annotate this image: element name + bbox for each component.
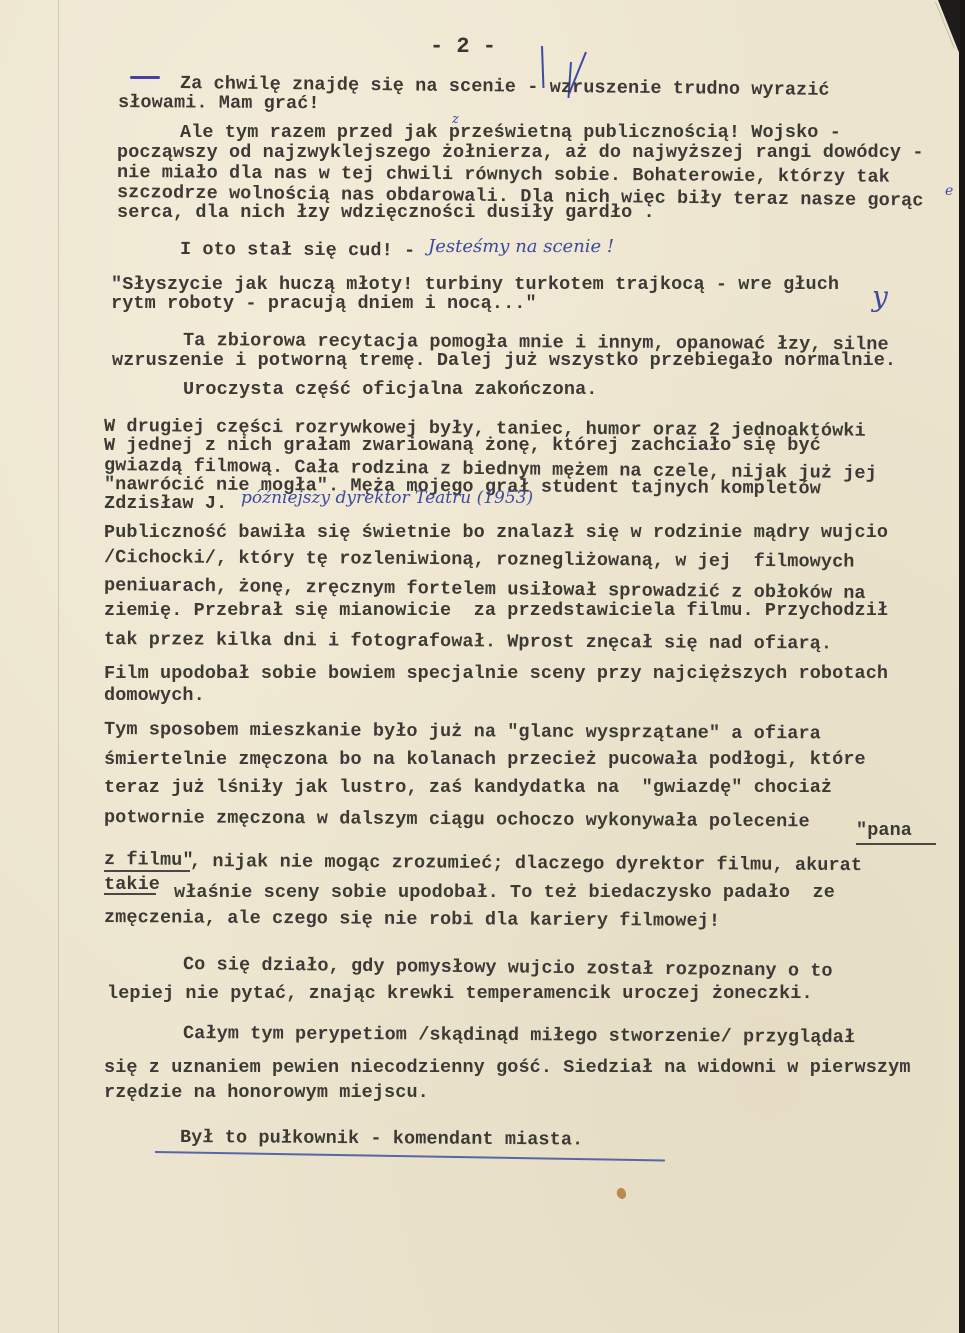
scan-edge [959, 0, 965, 1333]
document-page: - 2 - Za chwilę znajdę się na scenie - w… [0, 0, 960, 1333]
typed-underline [104, 870, 190, 872]
typed-line: Uroczysta część oficjalna zakończona. [183, 380, 597, 400]
typed-line: "pana [856, 821, 912, 841]
typed-line: potwornie zmęczona w dalszym ciągu ochoc… [104, 808, 810, 832]
typed-line: rytm roboty - pracują dniem i nocą..." [111, 294, 537, 314]
typed-line: I oto stał się cud! - [180, 240, 415, 261]
ink-dash-mark [130, 76, 160, 79]
handwritten-note: Jesteśmy na scenie ! [428, 236, 614, 257]
typed-line: właśnie sceny sobie upodobał. To też bie… [174, 883, 835, 903]
typed-line: ziemię. Przebrał się mianowicie za przed… [104, 601, 888, 621]
typed-line: serca, dla nich łzy wdzięczności dusiły … [117, 203, 655, 223]
typed-line: zmęczenia, ale czego się nie robi dla ka… [104, 908, 720, 932]
typed-line: z filmu" [104, 850, 194, 871]
typed-line: Publiczność bawiła się świetnie bo znala… [104, 523, 888, 543]
typed-line: Ale tym razem przed jak prześwietną publ… [180, 123, 841, 143]
folded-corner [938, 0, 960, 55]
typed-underline [856, 843, 936, 845]
typed-line: domowych. [104, 686, 205, 706]
typed-line: "Słyszycie jak huczą młoty! turbiny turk… [111, 275, 839, 295]
handwritten-note: e [945, 183, 953, 199]
typed-line: tak przez kilka dni i fotografował. Wpro… [104, 630, 832, 654]
paper-fold-crease [58, 0, 59, 1333]
typed-line: Był to pułkownik - komendant miasta. [180, 1128, 583, 1150]
typed-line: /Cichocki/, który tę rozleniwioną, rozne… [104, 548, 855, 573]
pen-underline [155, 1151, 665, 1161]
typed-line: lepiej nie pytać, znając krewki temperam… [107, 984, 813, 1004]
typed-underline [104, 893, 156, 895]
typed-line: Film upodobał sobie bowiem specjalnie sc… [104, 664, 888, 684]
typed-line: teraz już lśniły jak lustro, zaś kandyda… [104, 778, 832, 798]
paper-stain [615, 1186, 628, 1200]
typed-line: rzędzie na honorowym miejscu. [104, 1083, 429, 1103]
typed-line: W jednej z nich grałam zwariowaną żonę, … [104, 436, 821, 456]
typed-line: , nijak nie mogąc zrozumieć; dlaczego dy… [190, 852, 862, 876]
handwritten-note: późniejszy dyrektor Teatru (1953) [241, 488, 533, 508]
handwritten-note: z [452, 112, 459, 127]
typed-line: Tym sposobem mieszkanie było już na "gla… [104, 720, 821, 744]
typed-line: takie [104, 875, 160, 895]
typed-line: Co się działo, gdy pomysłowy wujcio zost… [183, 955, 833, 982]
typed-line: wzruszenie i potworną tremę. Dalej już w… [112, 351, 896, 371]
page-number: - 2 - [430, 34, 496, 59]
typed-line: Zdzisław J. [104, 494, 227, 514]
typed-line: słowami. Mam grać! [118, 93, 320, 114]
typed-line: Całym tym perypetiom /skądinąd miłego st… [183, 1024, 855, 1048]
typed-line: śmiertelnie zmęczona bo na kolanach prze… [104, 750, 866, 770]
handwritten-note: y [872, 280, 888, 313]
typed-line: począwszy od najzwyklejszego żołnierza, … [117, 143, 924, 163]
typed-line: się z uznaniem pewien niecodzienny gość.… [104, 1058, 911, 1078]
